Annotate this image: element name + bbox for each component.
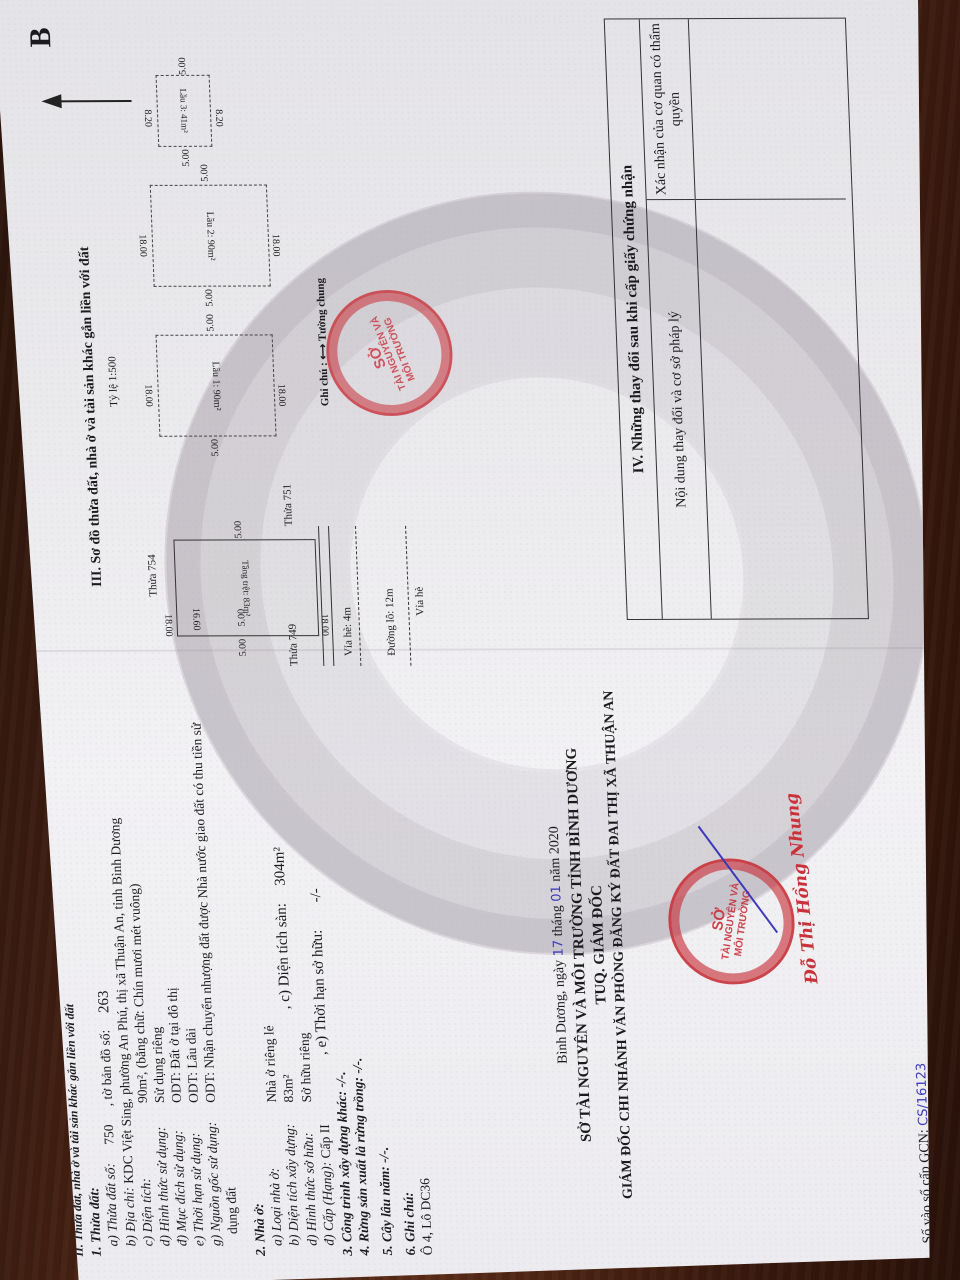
- changes-cell: [696, 198, 862, 618]
- term-value: ODT: Lâu dài: [183, 1028, 201, 1103]
- map-sheet-number: 263: [96, 990, 113, 1013]
- section-3-title: III. Sơ đồ thửa đất, nhà ở và tài sản kh…: [77, 247, 106, 587]
- street-label: Đường lô: 12m: [383, 588, 398, 655]
- land-certificate-document: II. Thửa đất, nhà ở và tài sản khác gắn …: [0, 0, 960, 1280]
- sidewalk-label: Vỉa hè: [413, 587, 426, 616]
- north-label: B: [24, 27, 59, 47]
- year-label: năm 2020: [547, 826, 564, 882]
- sidewalk-edge: [355, 526, 361, 666]
- section-2-land-details: II. Thửa đất, nhà ở và tài sản khác gắn …: [48, 656, 436, 1257]
- neighbor-parcel: Thửa 751: [281, 484, 295, 526]
- parcel-number: 750: [99, 1110, 118, 1160]
- confirmation-column-header: Xác nhận của cơ quan có thẩm quyền: [640, 19, 695, 199]
- signature-block: Bình Dương, ngày 17 tháng 01 năm 2020 SỞ…: [538, 665, 640, 1225]
- road-edge: [318, 526, 324, 666]
- month-label: tháng: [550, 905, 566, 936]
- floor-area-value: 304m²: [271, 847, 289, 900]
- confirmation-cell: [689, 19, 846, 199]
- grade-label: đ) Cấp (Hạng):: [318, 1162, 336, 1246]
- sidewalk-edge: [405, 526, 411, 666]
- floor-3-outline: Lầu 3: 41m²: [156, 75, 213, 147]
- floor-2-outline: Lầu 2: 90m²: [150, 185, 271, 287]
- neighbor-parcel: Thửa 754: [146, 554, 160, 596]
- date-month: 01: [549, 885, 565, 902]
- page-fold: [18, 647, 944, 652]
- map-scale: Tỷ lệ 1:500: [106, 356, 120, 407]
- floor-1-outline: Lầu 1: 90m²: [156, 334, 277, 436]
- ownership-value: Sở hữu riêng: [296, 1033, 314, 1103]
- road-edge: [328, 526, 334, 666]
- signer-name: Đỗ Thị Hồng Nhung: [782, 792, 823, 984]
- sidewalk-label: Vỉa hè: 4m: [341, 607, 355, 656]
- build-area-value: 83m²: [277, 1013, 297, 1103]
- use-form-value: Sử dụng riêng: [149, 1027, 167, 1103]
- house-type-value: Nhà ở riêng lẻ: [261, 1025, 279, 1102]
- date-day: 17: [551, 940, 567, 957]
- map-sheet-label: , tờ bản đồ số:: [96, 1016, 116, 1106]
- parcel-label: a) Thửa đất số:: [102, 1163, 120, 1246]
- address-label: b) Địa chỉ:: [121, 1187, 138, 1246]
- changes-table: IV. Những thay đổi sau khi cấp giấy chứn…: [604, 18, 869, 620]
- date-prefix: Bình Dương, ngày: [552, 960, 571, 1064]
- ownership-term-value: -/-: [308, 888, 325, 926]
